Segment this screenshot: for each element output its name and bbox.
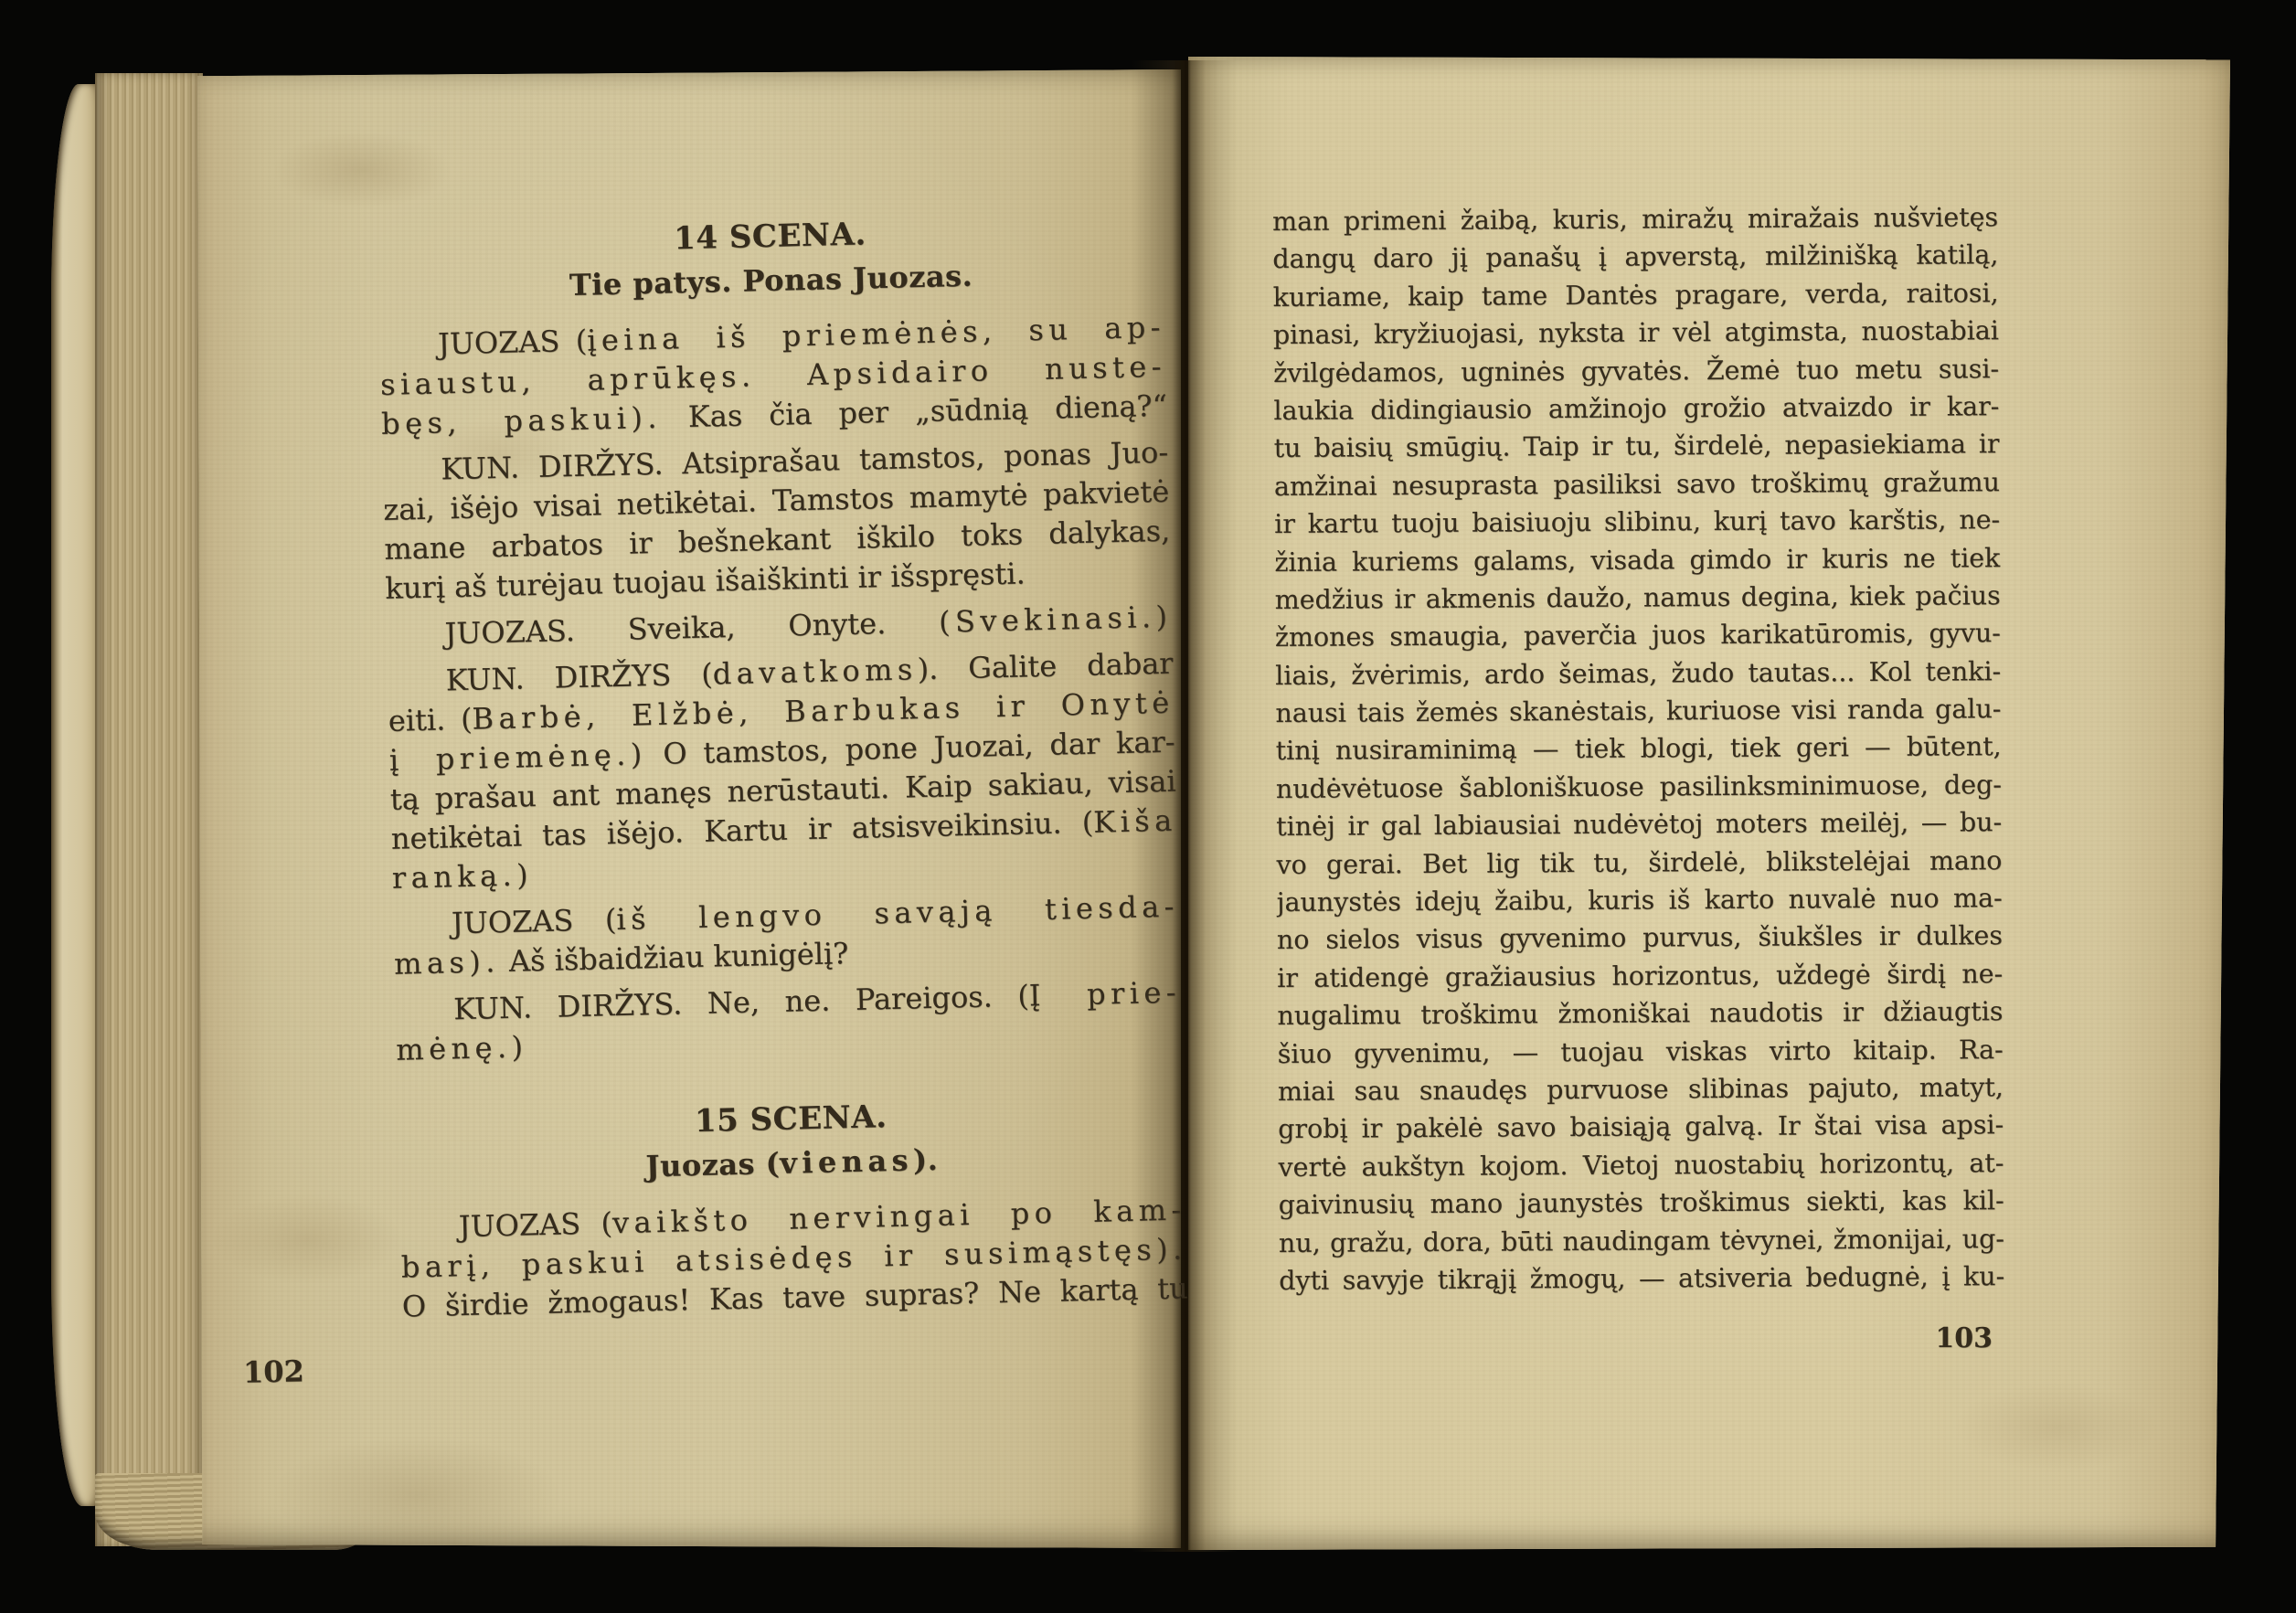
text-line: nu, gražu, dora, būti naudingam tėvynei,… xyxy=(1279,1220,2004,1262)
text-line: man primeni žaibą, kuris, miražų miražai… xyxy=(1272,198,1998,240)
text-segment: nudėvėtuose šabloniškuose pasilinksminim… xyxy=(1276,769,2002,804)
text-line: žinia kuriems galams, visada gimdo ir ku… xyxy=(1274,539,2000,581)
text-line: tu baisių smūgių. Taip ir tu, širdelė, n… xyxy=(1274,425,2000,467)
left-page-number: 102 xyxy=(243,1353,305,1389)
text-segment: grobį ir pakėlė savo baisiąją galvą. Ir … xyxy=(1278,1110,2004,1145)
text-line: ir atidengė gražiausius horizontus, užde… xyxy=(1277,955,2003,997)
text-segment: KUN. DIRŽYS ( xyxy=(445,656,713,697)
text-segment: į priemėnę.) xyxy=(388,737,647,778)
text-segment: amžinai nesuprasta pasiliksi savo troški… xyxy=(1274,467,2000,502)
text-segment: mas). xyxy=(394,944,501,982)
text-segment: kuriame, kaip tame Dantės pragare, verda… xyxy=(1273,278,1999,313)
right-page-number: 103 xyxy=(1885,1322,1993,1354)
text-segment: ). xyxy=(913,1142,939,1178)
text-line: vertė aukštyn kojom. Vietoj nuostabių ho… xyxy=(1278,1144,2004,1186)
text-line: medžius ir akmenis daužo, namus degina, … xyxy=(1275,577,2001,619)
text-line: kuriame, kaip tame Dantės pragare, verda… xyxy=(1273,274,1999,316)
text-line: nausi tais žemės skanėstais, kuriuose vi… xyxy=(1275,690,2001,732)
text-line: no sielos visus gyvenimo purvus, šiukšle… xyxy=(1277,918,2003,960)
text-segment: medžius ir akmenis daužo, namus degina, … xyxy=(1275,580,2001,615)
text-segment: Aš išbaidžiau kunigėlį? xyxy=(499,936,848,979)
text-line: vo gerai. Bet lig tik tu, širdelė, bliks… xyxy=(1276,842,2002,884)
text-segment: vertė aukštyn kojom. Vietoj nuostabių ho… xyxy=(1278,1148,2004,1183)
paragraph: KUN. DIRŽYS. Ne, ne. Pareigos. (Į prie-m… xyxy=(395,973,1183,1070)
text-segment: JUOZAS ( xyxy=(458,1205,612,1244)
text-line: žmones smaugia, paverčia juos karikatūro… xyxy=(1275,614,2001,656)
text-segment: Į prie- xyxy=(1028,975,1181,1013)
text-segment: miai sau snaudęs purvuose slibinas pajut… xyxy=(1278,1072,2004,1107)
text-segment: nu, gražu, dora, būti naudingam tėvynei,… xyxy=(1279,1224,2004,1258)
text-line: laukia didingiausio amžinojo grožio atva… xyxy=(1273,387,1999,430)
text-segment: pinasi, kryžiuojasi, nyksta ir vėl atgim… xyxy=(1273,315,1999,350)
text-segment: nausi tais žemės skanėstais, kuriuose vi… xyxy=(1275,694,2001,728)
text-segment: žmones smaugia, paverčia juos karikatūro… xyxy=(1275,618,2001,653)
text-line: nugalimu troškimu žmoniškai naudotis ir … xyxy=(1277,992,2003,1035)
text-line: miai sau snaudęs purvuose slibinas pajut… xyxy=(1278,1068,2004,1110)
text-segment: šiuo gyvenimu, — tuojau viskas virto kit… xyxy=(1278,1035,2004,1069)
text-line: gaivinusių mano jaunystės troškimus siek… xyxy=(1279,1182,2004,1224)
text-line: nudėvėtuose šabloniškuose pasilinksminim… xyxy=(1276,766,2002,808)
text-segment: tu baisių smūgių. Taip ir tu, širdelė, n… xyxy=(1274,429,2000,463)
text-segment: ir kartu tuoju baisiuoju slibinu, kurį t… xyxy=(1274,504,2000,539)
text-line: tinėj ir gal labiausiai nudėvėtoj moters… xyxy=(1276,803,2002,845)
text-segment: man primeni žaibą, kuris, miražų miražai… xyxy=(1272,202,1998,237)
text-segment: dyti savyje tikrąjį žmogų, — atsiveria b… xyxy=(1279,1261,2004,1296)
text-segment: tinėj ir gal labiausiai nudėvėtoj moters… xyxy=(1276,807,2002,842)
text-segment: gaivinusių mano jaunystės troškimus siek… xyxy=(1279,1185,2004,1220)
text-segment: Kiša xyxy=(1093,803,1177,840)
page-edge-stack xyxy=(95,73,203,1546)
text-line: grobį ir pakėlė savo baisiąją galvą. Ir … xyxy=(1278,1107,2004,1149)
text-line: šiuo gyvenimu, — tuojau viskas virto kit… xyxy=(1278,1031,2004,1073)
text-line: pinasi, kryžiuojasi, nyksta ir vėl atgim… xyxy=(1273,312,1999,354)
text-segment: liais, žvėrimis, ardo šeimas, žudo tauta… xyxy=(1275,656,2001,691)
text-segment: žinia kuriems galams, visada gimdo ir ku… xyxy=(1274,543,2000,578)
text-line: ir kartu tuoju baisiuoju slibinu, kurį t… xyxy=(1274,501,2000,543)
book-scan: 14 SCENA.Tie patys. Ponas Juozas.JUOZAS … xyxy=(0,0,2296,1613)
text-segment: 15 SCENA. xyxy=(694,1098,887,1140)
text-segment: davatkoms xyxy=(712,652,918,691)
text-segment: mėnę.) xyxy=(396,1029,528,1066)
text-segment: JUOZAS. Sveika, Onyte. xyxy=(444,605,939,652)
text-segment: tinį nusiraminimą — tiek blogi, tiek ger… xyxy=(1276,732,2002,767)
paragraph: JUOZAS (iš lengvo savąją tiesda-mas). Aš… xyxy=(393,887,1181,984)
right-page-text: man primeni žaibą, kuris, miražų miražai… xyxy=(1272,198,2004,1300)
text-segment: JUOZAS ( xyxy=(452,902,617,940)
text-line: dyti savyje tikrąjį žmogų, — atsiveria b… xyxy=(1279,1258,2004,1300)
text-segment: laukia didingiausio amžinojo grožio atva… xyxy=(1273,391,1999,426)
paragraph: KUN. DIRŽYS. Atsiprašau tamstos, ponas J… xyxy=(382,433,1172,609)
text-segment: vienas xyxy=(780,1142,914,1180)
paragraph: JUOZAS (vaikšto nervingai po kam-barį, p… xyxy=(399,1190,1188,1326)
text-segment: ir atidengė gražiausius horizontus, užde… xyxy=(1277,959,2003,993)
text-segment: ). Galite dabar xyxy=(917,646,1174,687)
text-line: liais, žvėrimis, ardo šeimas, žudo tauta… xyxy=(1275,653,2001,695)
text-segment: ranką.) xyxy=(391,857,533,896)
text-segment: JUOZAS ( xyxy=(438,324,588,362)
text-segment: Juozas ( xyxy=(645,1146,781,1183)
text-segment: nugalimu troškimu žmoniškai naudotis ir … xyxy=(1277,996,2003,1031)
text-segment: (Svekinasi.) xyxy=(939,600,1173,640)
text-segment: Tie patys. Ponas Juozas. xyxy=(569,259,973,302)
text-segment: bęs, paskui). xyxy=(381,400,663,441)
text-line: jaunystės idejų žaibu, kuris iš karto nu… xyxy=(1277,879,2003,921)
paragraph: KUN. DIRŽYS (davatkoms). Galite dabareit… xyxy=(387,644,1178,898)
text-line: amžinai nesuprasta pasiliksi savo troški… xyxy=(1274,463,2000,505)
text-line: dangų daro jį panašų į apverstą, milžini… xyxy=(1272,237,1998,279)
text-segment: jaunystės idejų žaibu, kuris iš karto nu… xyxy=(1277,883,2003,918)
left-page-text: 14 SCENA.Tie patys. Ponas Juozas.JUOZAS … xyxy=(377,206,1188,1327)
text-segment: žvilgėdamos, ugninės gyvatės. Žemė tuo m… xyxy=(1273,354,1999,388)
text-segment: no sielos visus gyvenimo purvus, šiukšle… xyxy=(1277,921,2003,956)
text-line: žvilgėdamos, ugninės gyvatės. Žemė tuo m… xyxy=(1273,350,1999,392)
paragraph: JUOZAS (įeina iš priemėnės, su ap-siaust… xyxy=(379,308,1168,444)
text-line: tinį nusiraminimą — tiek blogi, tiek ger… xyxy=(1276,728,2002,770)
text-segment: 14 SCENA. xyxy=(674,216,866,257)
text-segment: vo gerai. Bet lig tik tu, širdelė, bliks… xyxy=(1276,845,2002,880)
text-segment: eiti. ( xyxy=(388,702,473,738)
text-segment: dangų daro jį panašų į apverstą, milžini… xyxy=(1272,240,1998,275)
